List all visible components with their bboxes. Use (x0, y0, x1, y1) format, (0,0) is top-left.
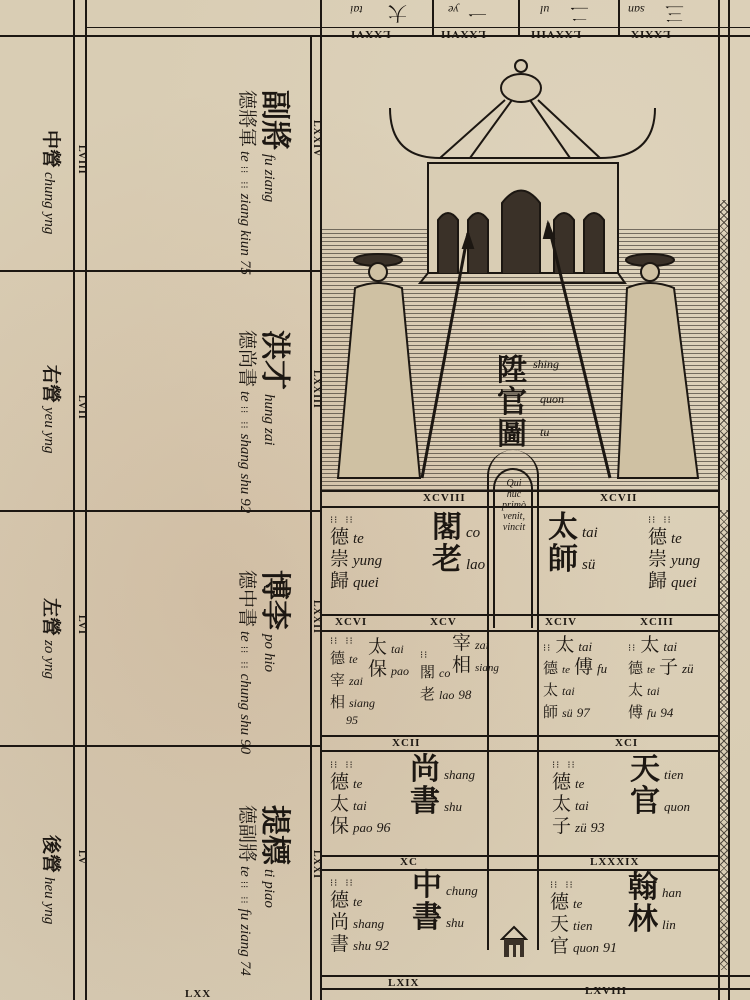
divider (320, 855, 718, 857)
title-lat: tai (582, 525, 598, 542)
sub-lat: yung (671, 553, 700, 570)
sub-lat: pao (353, 820, 373, 836)
decorative-border (719, 200, 729, 480)
rank-value: 92 (236, 498, 253, 513)
rank-sub-lat: te (236, 151, 253, 162)
rank-title-lat: piao (260, 881, 277, 908)
edge-lat: zo (40, 640, 57, 653)
title-lat: shu (444, 799, 462, 815)
top-fragment-lat: ul (540, 2, 549, 17)
title-char: 閣 (432, 512, 462, 544)
rank-number: XCIV (545, 616, 577, 628)
title-char: 太 (555, 634, 574, 656)
title-lat: shu (446, 915, 464, 931)
title-char: 尚 (410, 754, 440, 786)
rank-sub-lat: shu (236, 714, 253, 735)
sub-char: 太 (628, 679, 643, 701)
edge-cell: 中營 chung yng (40, 130, 62, 234)
sub-char: 宰 (330, 669, 345, 691)
top-fragment-lat: tai (350, 2, 363, 17)
sub-char: 傅 (628, 701, 643, 723)
sub-lat: te (671, 531, 682, 548)
rank-sub-lat: ziang (236, 194, 253, 227)
title-lat: lin (662, 917, 676, 933)
rank-cell: ⁝⁝ ⁝⁝ 德te 太tai 保pao96 (330, 760, 391, 837)
title-lat: chung (446, 883, 478, 899)
motto-word: Qui (492, 478, 536, 489)
divider (320, 869, 718, 871)
title-lat: lao (466, 557, 485, 574)
divider (618, 0, 620, 35)
dice-dots: ⁝⁝ (543, 643, 551, 654)
title-char: 師 (548, 544, 578, 576)
rank-title-lat: po (260, 634, 277, 649)
rank-cell: ⁝⁝ ⁝⁝ 德te 尚shang 書shu92 (330, 878, 389, 955)
rank-title: 宰zai 相siang (452, 632, 499, 676)
divider (518, 0, 520, 35)
rank-value: 98 (458, 687, 471, 703)
rank-title-chars: 提標 (258, 805, 290, 865)
rank-number: LXX (185, 988, 211, 1000)
dice-dots: ⁝⁝ (628, 643, 636, 654)
sub-lat: shang (353, 916, 384, 932)
edge-lat: yng (40, 657, 57, 679)
sub-char: 太 (330, 793, 349, 815)
rank-sub-lat: shang (236, 434, 253, 470)
title-lat: zai (475, 638, 489, 653)
rank-title-lat: hung (260, 394, 277, 424)
sub-char: 書 (330, 933, 349, 955)
dice-dots: ⁝⁝ ⁝⁝ (550, 880, 617, 891)
sub-char: 天 (550, 913, 569, 935)
sub-char: 相 (330, 691, 345, 713)
sub-char: 崇 (330, 548, 349, 570)
rank-title-lat: zai (260, 428, 277, 446)
rank-title-chars: 博李 (258, 570, 290, 630)
rank-value: 96 (377, 821, 391, 837)
sub-lat: tai (562, 684, 575, 699)
title-lat: tu (540, 425, 549, 440)
rank-title-chars: 洪才 (258, 330, 290, 390)
dice-dots: ⁝⁝ ⁝⁝ (238, 406, 249, 430)
title-char: 圖 (497, 419, 527, 451)
sub-char: 德 (648, 526, 667, 548)
title-char: 老 (432, 544, 462, 576)
rank-title: 中chung 書shu (412, 870, 478, 934)
top-fragment-char: 三 (665, 2, 684, 24)
decorative-border (719, 510, 729, 970)
rank-number: XC (400, 856, 418, 868)
rank-number: XCVI (335, 616, 367, 628)
rank-number: XCVIII (423, 492, 466, 504)
title-lat: han (662, 885, 682, 901)
title-char: 陞 (497, 355, 527, 387)
sub-char: 師 (543, 701, 558, 723)
rank-cell: 博李 po hio 德中書 te ⁝⁝ ⁝⁝ chung shu 90 (236, 570, 290, 754)
sub-lat: siang (349, 696, 375, 711)
sub-char: 德 (330, 647, 345, 669)
rank-number: XCV (430, 616, 457, 628)
title-char: 太 (368, 636, 387, 658)
edge-lat: chung (40, 172, 57, 209)
title-lat: shang (444, 767, 475, 783)
dice-dots: ⁝⁝ ⁝⁝ (330, 878, 389, 889)
sub-char: 德 (552, 771, 571, 793)
rank-value: 74 (236, 961, 253, 976)
rank-number: LXVIII (585, 985, 627, 997)
sub-lat: quon (573, 940, 599, 956)
divider (320, 630, 718, 632)
sub-char: 尚 (330, 911, 349, 933)
rank-value: 93 (591, 821, 605, 837)
sub-lat: te (647, 664, 655, 676)
title-lat: shing (533, 357, 559, 372)
title-lat: zü (682, 661, 694, 677)
title-char: 翰 (628, 872, 658, 904)
rank-title-lat: ti (260, 869, 277, 877)
sub-lat: te (353, 894, 362, 910)
sub-lat: te (573, 896, 582, 912)
dice-dots: ⁝⁝ ⁝⁝ (238, 166, 249, 190)
sub-lat: te (562, 664, 570, 676)
rank-cell: 提標 ti piao 德副將 te ⁝⁝ ⁝⁝ fu ziang 74 (236, 805, 290, 976)
edge-lat: yng (40, 903, 57, 925)
edge-chars: 左營 (40, 598, 62, 636)
sub-char: 德 (330, 889, 349, 911)
divider (432, 0, 434, 35)
title-char: 太 (548, 512, 578, 544)
rank-number: LXXXIX (590, 856, 639, 868)
rank-cell: ⁝⁝太tai 德te子zü 太tai 傅fu94 (628, 634, 694, 723)
title-lat: pao (391, 664, 409, 679)
sub-lat: zai (349, 674, 363, 689)
rank-number: LXXII (311, 600, 322, 634)
rank-sub-chars: 德將軍 (236, 90, 258, 147)
title-lat: tai (578, 639, 592, 655)
sub-lat: tai (647, 684, 660, 699)
title-lat: tai (663, 639, 677, 655)
rank-cell: 洪才 hung zai 德尚書 te ⁝⁝ ⁝⁝ shang shu 92 (236, 330, 290, 513)
title-char: 官 (630, 786, 660, 818)
title-lat: tien (664, 767, 684, 783)
sub-char: 德 (330, 771, 349, 793)
top-fragment-char: 大 (388, 2, 407, 24)
small-pavilion-icon (500, 925, 528, 961)
title-lat: tai (391, 642, 404, 657)
divider (320, 988, 750, 990)
rank-sub-lat: shu (236, 473, 253, 494)
sub-lat: yung (353, 553, 382, 570)
title-char: 太 (640, 634, 659, 656)
edge-cell: 右營 yeu yng (40, 365, 62, 454)
top-fragment-lat: san (628, 2, 645, 17)
divider (320, 506, 718, 508)
title-char: 林 (628, 904, 658, 936)
sub-lat: lao (439, 688, 454, 703)
rank-cell: ⁝⁝太tai 德te傅fu 太tai 師sü97 (543, 634, 607, 723)
edge-chars: 右營 (40, 365, 62, 403)
sub-char: 子 (552, 815, 571, 837)
center-title: 陞 官 圖 (497, 355, 527, 451)
rank-value: 91 (603, 941, 617, 957)
rank-value: 97 (577, 705, 590, 721)
sub-char: 歸 (648, 570, 667, 592)
dice-dots: ⁝⁝ ⁝⁝ (238, 881, 249, 905)
dice-dots: ⁝⁝ ⁝⁝ (238, 646, 249, 670)
rank-title-lat: hio (260, 653, 277, 672)
sub-lat: fu (647, 706, 656, 721)
sub-lat: tien (573, 918, 593, 934)
sub-lat: tai (575, 798, 589, 814)
rank-cell: ⁝⁝ ⁝⁝ 德te 崇yung 歸quei (648, 515, 700, 592)
rank-number: XCI (615, 737, 638, 749)
rank-number: XCII (392, 737, 420, 749)
rank-value: 75 (236, 260, 253, 275)
rank-sub-chars: 德副將 (236, 805, 258, 862)
sub-lat: zü (575, 820, 587, 836)
sub-lat: te (353, 776, 362, 792)
rank-sub-lat: fu (236, 909, 253, 921)
sub-char: 官 (550, 935, 569, 957)
top-fragment-lat: ye (448, 2, 459, 17)
rank-sub-chars: 德中書 (236, 570, 258, 627)
sub-char: 太 (552, 793, 571, 815)
dice-dots: ⁝⁝ ⁝⁝ (330, 760, 391, 771)
sub-lat: shu (353, 938, 371, 954)
edge-cell: 左營 zo yng (40, 598, 62, 679)
rank-sub-chars: 德尚書 (236, 330, 258, 387)
title-char: 子 (659, 656, 678, 678)
rank-value: 95 (330, 713, 375, 728)
rank-title-lat: ziang (260, 170, 277, 203)
top-fragment-char: 一 (468, 2, 487, 24)
edge-lat: yeu (40, 407, 57, 428)
rank-number: LV (76, 850, 87, 865)
sub-char: 歸 (330, 570, 349, 592)
rank-number: XCIII (640, 616, 674, 628)
rank-cell: 副將 fu ziang 德將軍 te ⁝⁝ ⁝⁝ ziang kiun 75 (236, 90, 290, 275)
edge-chars: 後營 (40, 835, 62, 873)
rank-title-chars: 副將 (258, 90, 290, 150)
title-char: 天 (630, 754, 660, 786)
rank-title: 天tien 官quon (630, 754, 690, 818)
title-lat: fu (597, 661, 607, 677)
title-char: 傅 (574, 656, 593, 678)
title-char: 書 (412, 902, 442, 934)
motto-word: venit, (492, 511, 536, 522)
sub-lat: sü (562, 706, 573, 721)
sub-lat: te (349, 652, 358, 667)
rank-value: 90 (236, 739, 253, 754)
dice-dots: ⁝⁝ ⁝⁝ (552, 760, 605, 771)
sub-lat: te (575, 776, 584, 792)
divider (320, 975, 750, 977)
divider (73, 0, 75, 1000)
title-char: 書 (410, 786, 440, 818)
rank-number: LVI (76, 615, 87, 635)
title-char: 宰 (452, 632, 471, 654)
motto-word: vincit (492, 522, 536, 533)
dice-dots: ⁝⁝ ⁝⁝ (330, 515, 382, 526)
edge-chars: 中營 (40, 130, 62, 168)
sub-char: 德 (628, 657, 643, 679)
edge-cell: 後營 heu yng (40, 835, 62, 924)
sub-char: 太 (543, 679, 558, 701)
rank-title: 太tai 師sü (548, 512, 598, 576)
divider (320, 490, 718, 492)
rank-title-lat: fu (260, 154, 277, 166)
rank-title: 太tai 保pao (368, 636, 409, 680)
title-lat: co (466, 525, 480, 542)
rank-cell: ⁝⁝ ⁝⁝ 德te 天tien 官quon91 (550, 880, 617, 957)
title-char: 相 (452, 654, 471, 676)
rank-sub-lat: chung (236, 674, 253, 711)
sub-lat: quei (353, 575, 379, 592)
rank-sub-lat: te (236, 391, 253, 402)
rank-number: LVII (76, 395, 87, 420)
rank-sub-lat: kiun (236, 230, 253, 256)
sub-lat: te (353, 531, 364, 548)
rank-sub-lat: te (236, 866, 253, 877)
title-char: 中 (412, 870, 442, 902)
dice-dots: ⁝⁝ ⁝⁝ (648, 515, 700, 526)
sub-lat: quei (671, 575, 697, 592)
rank-title: 尚shang 書shu (410, 754, 475, 818)
rank-cell: ⁝⁝ ⁝⁝ 德te 太tai 子zü93 (552, 760, 605, 837)
title-lat: siang (475, 662, 499, 674)
title-lat: quon (540, 392, 564, 407)
sub-lat: co (439, 666, 450, 681)
sub-lat: tai (353, 798, 367, 814)
sub-char: 保 (330, 815, 349, 837)
edge-lat: heu (40, 877, 57, 899)
sub-char: 閣 (420, 661, 435, 683)
sub-char: 德 (550, 891, 569, 913)
rank-value: 94 (660, 705, 673, 721)
rank-title: 翰han 林lin (628, 872, 682, 936)
sub-char: 崇 (648, 548, 667, 570)
title-lat: sü (582, 557, 595, 574)
rank-title: 閣co 老lao (432, 512, 485, 576)
divider (320, 735, 718, 737)
rank-value: 92 (375, 939, 389, 955)
sub-char: 老 (420, 683, 435, 705)
rank-sub-lat: ziang (236, 924, 253, 957)
title-char: 保 (368, 658, 387, 680)
rank-cell: ⁝⁝ ⁝⁝ 德te 崇yung 歸quei (330, 515, 382, 592)
rank-number: LXIX (388, 977, 420, 989)
edge-lat: yng (40, 432, 57, 454)
sub-char: 德 (543, 657, 558, 679)
top-fragment-char: 二 (570, 2, 589, 24)
title-lat: quon (664, 799, 690, 815)
title-char: 官 (497, 387, 527, 419)
document-page: LXXVI LXXVII LXXVIII LXXIX 大 tai 一 ye 二 … (0, 0, 750, 1000)
edge-lat: yng (40, 213, 57, 235)
rank-sub-lat: te (236, 631, 253, 642)
rank-number: XCVII (600, 492, 637, 504)
sub-char: 德 (330, 526, 349, 548)
rank-number: LVIII (76, 145, 87, 175)
